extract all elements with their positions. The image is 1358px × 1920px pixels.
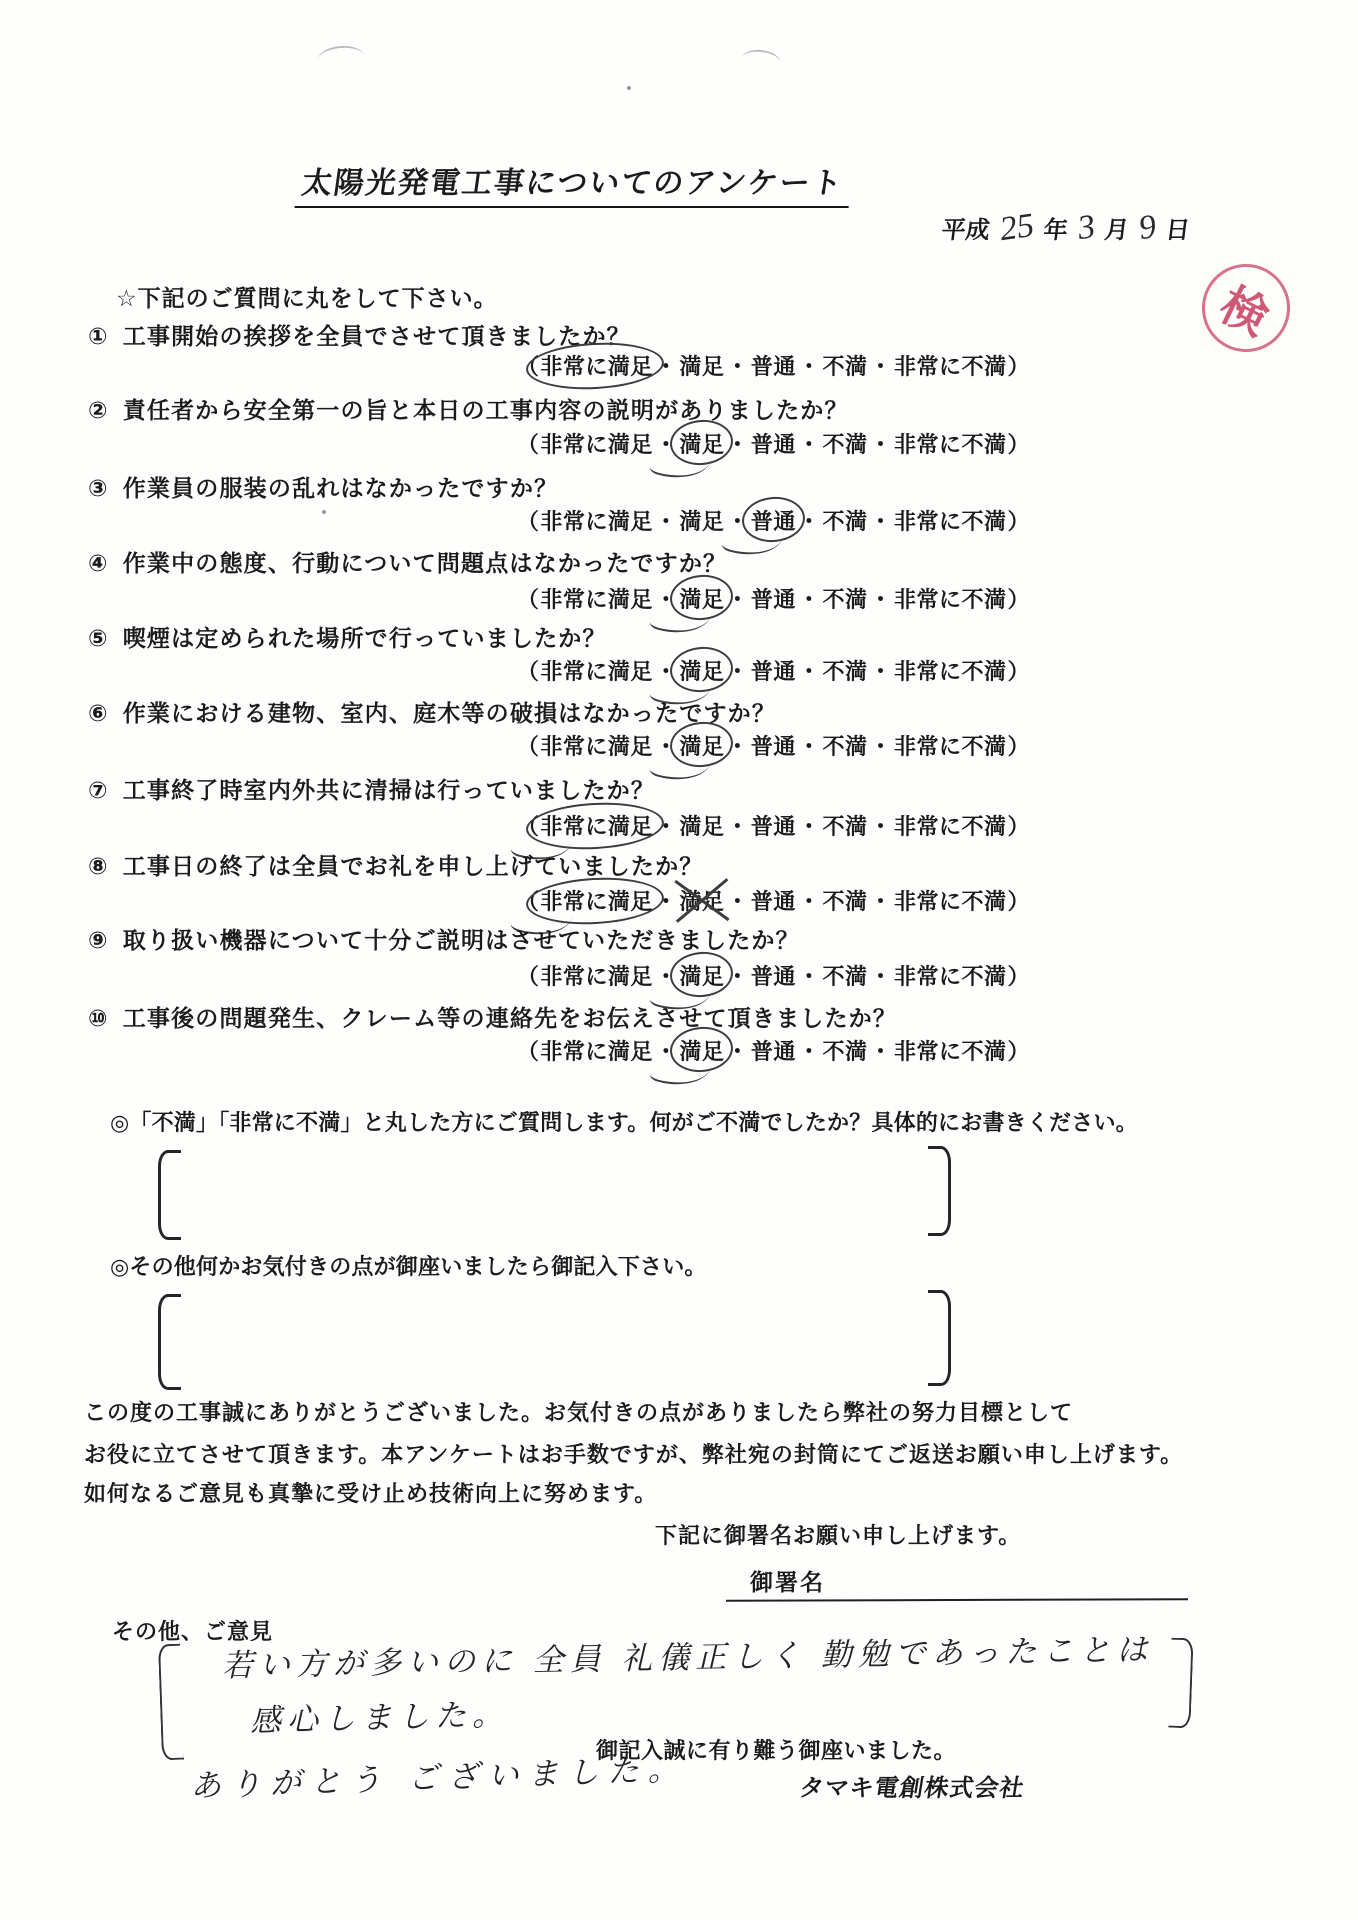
rating-option: 不満	[821, 505, 868, 536]
question-number: ⑧	[88, 853, 109, 879]
question-line: ④作業中の態度、行動について問題点はなかったですか？	[88, 545, 727, 578]
question-text: 責任者から安全第一の旨と本日の工事内容の説明がありましたか？	[123, 397, 849, 423]
rating-option: 非常に満足	[539, 1035, 654, 1066]
handwritten-month: 3	[1072, 209, 1101, 246]
question-text: 工事終了時室内外共に清掃は行っていましたか？	[123, 777, 655, 803]
close-paren: ）	[1007, 354, 1030, 379]
rating-separator: ・	[868, 814, 893, 839]
rating-option: 非常に不満	[893, 810, 1008, 841]
rating-option: 非常に不満	[893, 730, 1008, 761]
rating-scale-line: （非常に満足・満足・普通・不満・非常に不満）	[517, 583, 1030, 614]
rating-option: 満足	[678, 885, 725, 916]
open-paren: （	[517, 354, 540, 379]
rating-scale-line: （非常に満足・満足・普通・不満・非常に不満）	[517, 730, 1030, 761]
question-number: ⑨	[88, 927, 109, 953]
rating-separator: ・	[868, 659, 893, 684]
dissatisfied-followup-prompt: ◎「不満」「非常に不満」と丸した方にご質問します。何がご不満でしたか？具体的にお…	[110, 1106, 1138, 1137]
rating-separator: ・	[654, 587, 679, 612]
instruction-note: ☆下記のご質問に丸をして下さい。	[116, 280, 498, 313]
rating-separator: ・	[654, 964, 679, 989]
question-line: ⑥作業における建物、室内、庭木等の破損はなかったですか？	[88, 695, 776, 728]
rating-scale-line: （非常に満足・満足・普通・不満・非常に不満）	[517, 810, 1030, 841]
rating-separator: ・	[797, 1039, 822, 1064]
answer-box-bracket-right	[928, 1146, 951, 1236]
question-line: ①工事開始の挨拶を全員でさせて頂きましたか？	[88, 318, 631, 351]
rating-scale-line: （非常に満足・満足・普通・不満・非常に不満）	[517, 1035, 1030, 1066]
rating-option: 非常に満足	[539, 350, 654, 381]
signature-request: 下記に御署名お願い申し上げます。	[655, 1519, 1021, 1550]
rating-option: 満足	[678, 730, 725, 761]
rating-separator: ・	[868, 1039, 893, 1064]
rating-option: 普通	[750, 505, 797, 536]
rating-scale-line: （非常に満足・満足・普通・不満・非常に不満）	[517, 350, 1030, 381]
question-number: ⑥	[88, 700, 109, 726]
question-number: ⑦	[88, 777, 109, 803]
rating-separator: ・	[654, 432, 679, 457]
rating-options: 非常に満足・満足・普通・不満・非常に不満	[539, 889, 1007, 914]
open-paren: （	[517, 432, 540, 457]
answer-box-bracket-right	[928, 1290, 951, 1386]
rating-scale-line: （非常に満足・満足・普通・不満・非常に不満）	[517, 505, 1030, 536]
rating-separator: ・	[725, 964, 750, 989]
rating-option: 非常に不満	[893, 960, 1008, 991]
close-paren: ）	[1007, 814, 1030, 839]
answer-box-bracket-left	[158, 1294, 181, 1390]
rating-option: 非常に満足	[539, 810, 654, 841]
rating-separator: ・	[868, 734, 893, 759]
rating-separator: ・	[797, 354, 822, 379]
rating-separator: ・	[797, 587, 822, 612]
rating-separator: ・	[725, 509, 750, 534]
rating-options: 非常に満足・満足・普通・不満・非常に不満	[539, 587, 1007, 612]
rating-scale-line: （非常に満足・満足・普通・不満・非常に不満）	[517, 960, 1030, 991]
close-paren: ）	[1007, 1039, 1030, 1064]
era-label: 平成	[940, 210, 992, 245]
rating-option: 非常に満足	[539, 505, 654, 536]
close-paren: ）	[1007, 509, 1030, 534]
open-paren: （	[517, 587, 540, 612]
signature-underline	[726, 1598, 1188, 1602]
close-paren: ）	[1007, 734, 1030, 759]
company-name: タマキ電創株式会社	[797, 1768, 1028, 1803]
question-number: ②	[88, 397, 109, 423]
rating-separator: ・	[868, 889, 893, 914]
rating-option: 満足	[678, 583, 725, 614]
close-paren: ）	[1007, 432, 1030, 457]
open-paren: （	[517, 889, 540, 914]
rating-options: 非常に満足・満足・普通・不満・非常に不満	[539, 432, 1007, 457]
rating-option: 普通	[750, 583, 797, 614]
rating-option: 非常に不満	[893, 655, 1008, 686]
close-paren: ）	[1007, 587, 1030, 612]
closing-text-line: お役に立てさせて頂きます。本アンケートはお手数ですが、弊社宛の封筒にてご返送お願…	[84, 1438, 1183, 1469]
rating-separator: ・	[654, 734, 679, 759]
rating-option: 満足	[678, 810, 725, 841]
handwritten-comment-line: 感心しました。	[250, 1699, 510, 1737]
rating-option: 非常に不満	[893, 1035, 1008, 1066]
month-unit: 月	[1103, 210, 1131, 245]
close-paren: ）	[1007, 964, 1030, 989]
rating-separator: ・	[797, 964, 822, 989]
close-paren: ）	[1007, 659, 1030, 684]
scan-artifact-arc	[317, 44, 365, 72]
question-number: ④	[88, 550, 109, 576]
rating-separator: ・	[654, 354, 679, 379]
closing-text-line: 如何なるご意見も真摯に受け止め技術向上に努めます。	[84, 1477, 657, 1508]
question-line: ⑧工事日の終了は全員でお礼を申し上げていましたか？	[88, 848, 704, 881]
rating-scale-line: （非常に満足・満足・普通・不満・非常に不満）	[517, 885, 1030, 916]
rating-option: 不満	[821, 428, 868, 459]
question-number: ⑩	[88, 1005, 109, 1031]
question-text: 作業における建物、室内、庭木等の破損はなかったですか？	[123, 700, 776, 726]
scan-artifact-speck	[627, 86, 631, 90]
rating-separator: ・	[725, 1039, 750, 1064]
question-text: 工事開始の挨拶を全員でさせて頂きましたか？	[123, 323, 631, 349]
rating-option: 不満	[821, 810, 868, 841]
open-paren: （	[517, 1039, 540, 1064]
rating-separator: ・	[654, 1039, 679, 1064]
question-text: 作業中の態度、行動について問題点はなかったですか？	[123, 550, 728, 576]
question-text: 工事後の問題発生、クレーム等の連絡先をお伝えさせて頂きましたか？	[123, 1005, 897, 1031]
rating-option: 非常に満足	[539, 583, 654, 614]
rating-separator: ・	[868, 354, 893, 379]
question-number: ③	[88, 475, 109, 501]
rating-separator: ・	[797, 659, 822, 684]
question-line: ⑨取り扱い機器について十分ご説明はさせていただきましたか？	[88, 922, 800, 955]
question-line: ⑤喫煙は定められた場所で行っていましたか？	[88, 620, 607, 653]
rating-option: 非常に満足	[539, 730, 654, 761]
rating-separator: ・	[868, 432, 893, 457]
rating-separator: ・	[654, 814, 679, 839]
rating-separator: ・	[797, 734, 822, 759]
rating-separator: ・	[654, 889, 679, 914]
rating-scale-line: （非常に満足・満足・普通・不満・非常に不満）	[517, 428, 1030, 459]
rating-separator: ・	[797, 432, 822, 457]
rating-options: 非常に満足・満足・普通・不満・非常に不満	[539, 734, 1007, 759]
question-line: ⑦工事終了時室内外共に清掃は行っていましたか？	[88, 772, 655, 805]
rating-option: 普通	[750, 655, 797, 686]
inspection-stamp-character: 検	[1210, 268, 1282, 349]
feedback-label: その他、ご意見	[112, 1615, 273, 1646]
open-paren: （	[517, 734, 540, 759]
question-number: ⑤	[88, 625, 109, 651]
day-unit: 日	[1164, 210, 1192, 245]
rating-separator: ・	[797, 889, 822, 914]
rating-option: 普通	[750, 730, 797, 761]
answer-box-bracket-left	[158, 1150, 181, 1240]
question-text: 喫煙は定められた場所で行っていましたか？	[123, 625, 607, 651]
date-line: 平成 25 年 3 月 9 日	[942, 210, 1190, 245]
rating-separator: ・	[725, 814, 750, 839]
rating-options: 非常に満足・満足・普通・不満・非常に不満	[539, 659, 1007, 684]
rating-option: 非常に満足	[539, 885, 654, 916]
signature-label: 御署名	[750, 1564, 825, 1597]
rating-separator: ・	[654, 659, 679, 684]
rating-options: 非常に満足・満足・普通・不満・非常に不満	[539, 354, 1007, 379]
rating-option: 非常に満足	[539, 960, 654, 991]
rating-separator: ・	[725, 659, 750, 684]
rating-option: 満足	[678, 350, 725, 381]
rating-option: 不満	[821, 1035, 868, 1066]
closing-text-line: この度の工事誠にありがとうございました。お気付きの点がありましたら弊社の努力目標…	[84, 1396, 1073, 1427]
scan-artifact-speck	[322, 510, 326, 514]
question-text: 工事日の終了は全員でお礼を申し上げていましたか？	[123, 853, 704, 879]
rating-scale-line: （非常に満足・満足・普通・不満・非常に不満）	[517, 655, 1030, 686]
rating-option: 満足	[678, 428, 725, 459]
rating-separator: ・	[797, 814, 822, 839]
rating-separator: ・	[725, 734, 750, 759]
rating-separator: ・	[725, 354, 750, 379]
rating-options: 非常に満足・満足・普通・不満・非常に不満	[539, 814, 1007, 839]
rating-option: 不満	[821, 885, 868, 916]
year-unit: 年	[1042, 210, 1070, 245]
rating-option: 非常に不満	[893, 583, 1008, 614]
question-text: 作業員の服装の乱れはなかったですか？	[123, 475, 559, 501]
rating-options: 非常に満足・満足・普通・不満・非常に不満	[539, 964, 1007, 989]
open-paren: （	[517, 964, 540, 989]
rating-option: 非常に不満	[893, 428, 1008, 459]
open-paren: （	[517, 659, 540, 684]
rating-option: 不満	[821, 730, 868, 761]
rating-separator: ・	[868, 587, 893, 612]
open-paren: （	[517, 814, 540, 839]
rating-option: 満足	[678, 960, 725, 991]
thanks-note: 御記入誠に有り難う御座いました。	[596, 1734, 956, 1765]
inspection-stamp: 検	[1187, 249, 1305, 367]
question-line: ②責任者から安全第一の旨と本日の工事内容の説明がありましたか？	[88, 392, 849, 425]
rating-separator: ・	[797, 509, 822, 534]
rating-option: 満足	[678, 655, 725, 686]
close-paren: ）	[1007, 889, 1030, 914]
scanned-survey-page: 太陽光発電工事についてのアンケート 平成 25 年 3 月 9 日 検 ☆下記の…	[0, 0, 1358, 1920]
handwritten-bracket-left	[158, 1644, 184, 1761]
rating-option: 普通	[750, 960, 797, 991]
question-line: ③作業員の服装の乱れはなかったですか？	[88, 470, 558, 503]
rating-option: 普通	[750, 350, 797, 381]
rating-option: 非常に不満	[893, 505, 1008, 536]
rating-option: 満足	[678, 505, 725, 536]
rating-option: 非常に不満	[893, 885, 1008, 916]
rating-option: 普通	[750, 1035, 797, 1066]
handwritten-comment-line: 若い方が多いのに 全員 礼儀正しく 勤勉であったことは	[222, 1634, 1154, 1681]
rating-options: 非常に満足・満足・普通・不満・非常に不満	[539, 1039, 1007, 1064]
rating-option: 普通	[750, 810, 797, 841]
rating-separator: ・	[868, 509, 893, 534]
question-line: ⑩工事後の問題発生、クレーム等の連絡先をお伝えさせて頂きましたか？	[88, 1000, 897, 1033]
handwritten-year: 25	[994, 208, 1040, 248]
rating-separator: ・	[725, 889, 750, 914]
question-text: 取り扱い機器について十分ご説明はさせていただきましたか？	[123, 927, 800, 953]
rating-option: 満足	[678, 1035, 725, 1066]
rating-option: 不満	[821, 583, 868, 614]
rating-option: 非常に満足	[539, 428, 654, 459]
other-remarks-prompt: ◎その他何かお気付きの点が御座いましたら御記入下さい。	[110, 1250, 707, 1281]
question-number: ①	[88, 323, 109, 349]
rating-option: 不満	[821, 960, 868, 991]
open-paren: （	[517, 509, 540, 534]
handwritten-day: 9	[1133, 209, 1162, 246]
handwritten-bracket-right	[1168, 1638, 1193, 1729]
rating-separator: ・	[725, 432, 750, 457]
rating-option: 不満	[821, 350, 868, 381]
rating-option: 非常に不満	[893, 350, 1008, 381]
rating-options: 非常に満足・満足・普通・不満・非常に不満	[539, 509, 1007, 534]
form-title: 太陽光発電工事についてのアンケート	[294, 158, 855, 208]
rating-option: 普通	[750, 885, 797, 916]
rating-separator: ・	[654, 509, 679, 534]
rating-separator: ・	[868, 964, 893, 989]
rating-option: 普通	[750, 428, 797, 459]
scan-artifact-arc	[741, 48, 781, 72]
rating-separator: ・	[725, 587, 750, 612]
rating-option: 不満	[821, 655, 868, 686]
rating-option: 非常に満足	[539, 655, 654, 686]
